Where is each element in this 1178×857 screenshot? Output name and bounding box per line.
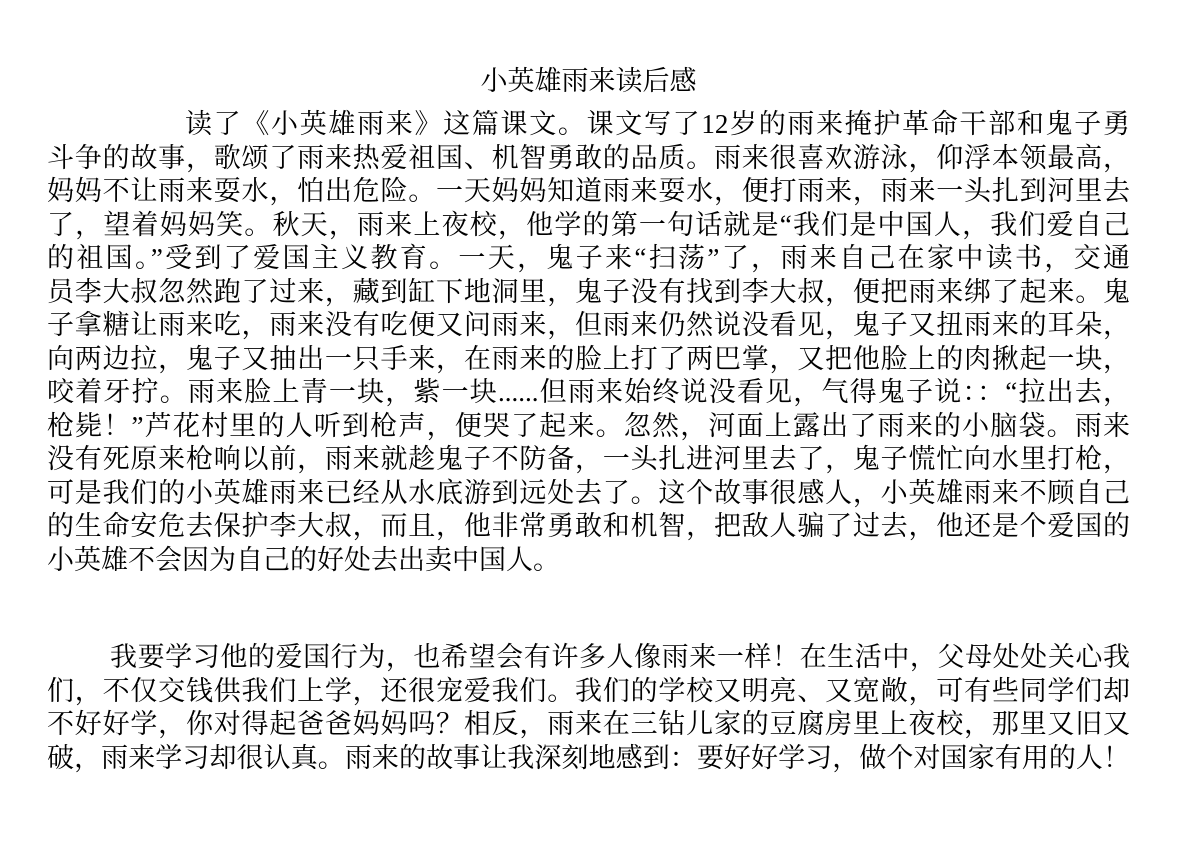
text-line: 的生命安危去保护李大叔，而且，他非常勇敢和机智，把敌人骗了过去，他还是个爱国的: [47, 510, 1130, 544]
text-line: 咬着牙拧。雨来脸上青一块，紫一块......但雨来始终说没看见，气得鬼子说：：“…: [47, 376, 1130, 410]
document-body: 读了《小英雄雨来》这篇课文。课文写了12岁的雨来掩护革命干部和鬼子勇斗争的故事，…: [47, 108, 1130, 775]
paragraph-1: 读了《小英雄雨来》这篇课文。课文写了12岁的雨来掩护革命干部和鬼子勇斗争的故事，…: [47, 108, 1130, 577]
text-line: 枪毙！”芦花村里的人听到枪声，便哭了起来。忽然，河面上露出了雨来的小脑袋。雨来: [47, 410, 1130, 444]
text-line: 读了《小英雄雨来》这篇课文。课文写了12岁的雨来掩护革命干部和鬼子勇: [47, 108, 1130, 142]
text-line: 不好好学，你对得起爸爸妈妈吗？相反，雨来在三钻儿家的豆腐房里上夜校，那里又旧又: [47, 708, 1130, 742]
document-title: 小英雄雨来读后感: [47, 64, 1130, 98]
text-line: 破，雨来学习却很认真。雨来的故事让我深刻地感到：要好好学习，做个对国家有用的人！: [47, 742, 1130, 776]
text-line: 的祖国。”受到了爱国主义教育。一天，鬼子来“扫荡”了，雨来自己在家中读书，交通: [47, 242, 1130, 276]
text-line: 可是我们的小英雄雨来已经从水底游到远处去了。这个故事很感人，小英雄雨来不顾自己: [47, 477, 1130, 511]
text-line: 子拿糖让雨来吃，雨来没有吃便又问雨来，但雨来仍然说没看见，鬼子又扭雨来的耳朵，: [47, 309, 1130, 343]
text-line: 们，不仅交钱供我们上学，还很宠爱我们。我们的学校又明亮、又宽敞，可有些同学们却: [47, 675, 1130, 709]
text-line: 妈妈不让雨来耍水，怕出危险。一天妈妈知道雨来耍水，便打雨来，雨来一头扎到河里去: [47, 175, 1130, 209]
paragraph-2: 我要学习他的爱国行为，也希望会有许多人像雨来一样！在生活中，父母处处关心我们，不…: [47, 641, 1130, 775]
text-line: 斗争的故事，歌颂了雨来热爱祖国、机智勇敢的品质。雨来很喜欢游泳，仰浮本领最高，: [47, 142, 1130, 176]
text-line: 没有死原来枪响以前，雨来就趁鬼子不防备，一头扎进河里去了，鬼子慌忙向水里打枪，: [47, 443, 1130, 477]
text-line: 员李大叔忽然跑了过来，藏到缸下地洞里，鬼子没有找到李大叔，便把雨来绑了起来。鬼: [47, 276, 1130, 310]
text-line: 小英雄不会因为自己的好处去出卖中国人。: [47, 544, 1130, 578]
text-line: 了，望着妈妈笑。秋天，雨来上夜校，他学的第一句话就是“我们是中国人，我们爱自己: [47, 209, 1130, 243]
document-page: 小英雄雨来读后感 读了《小英雄雨来》这篇课文。课文写了12岁的雨来掩护革命干部和…: [0, 0, 1178, 775]
text-line: 我要学习他的爱国行为，也希望会有许多人像雨来一样！在生活中，父母处处关心我: [47, 641, 1130, 675]
text-line: 向两边拉，鬼子又抽出一只手来，在雨来的脸上打了两巴掌，又把他脸上的肉揪起一块，: [47, 343, 1130, 377]
